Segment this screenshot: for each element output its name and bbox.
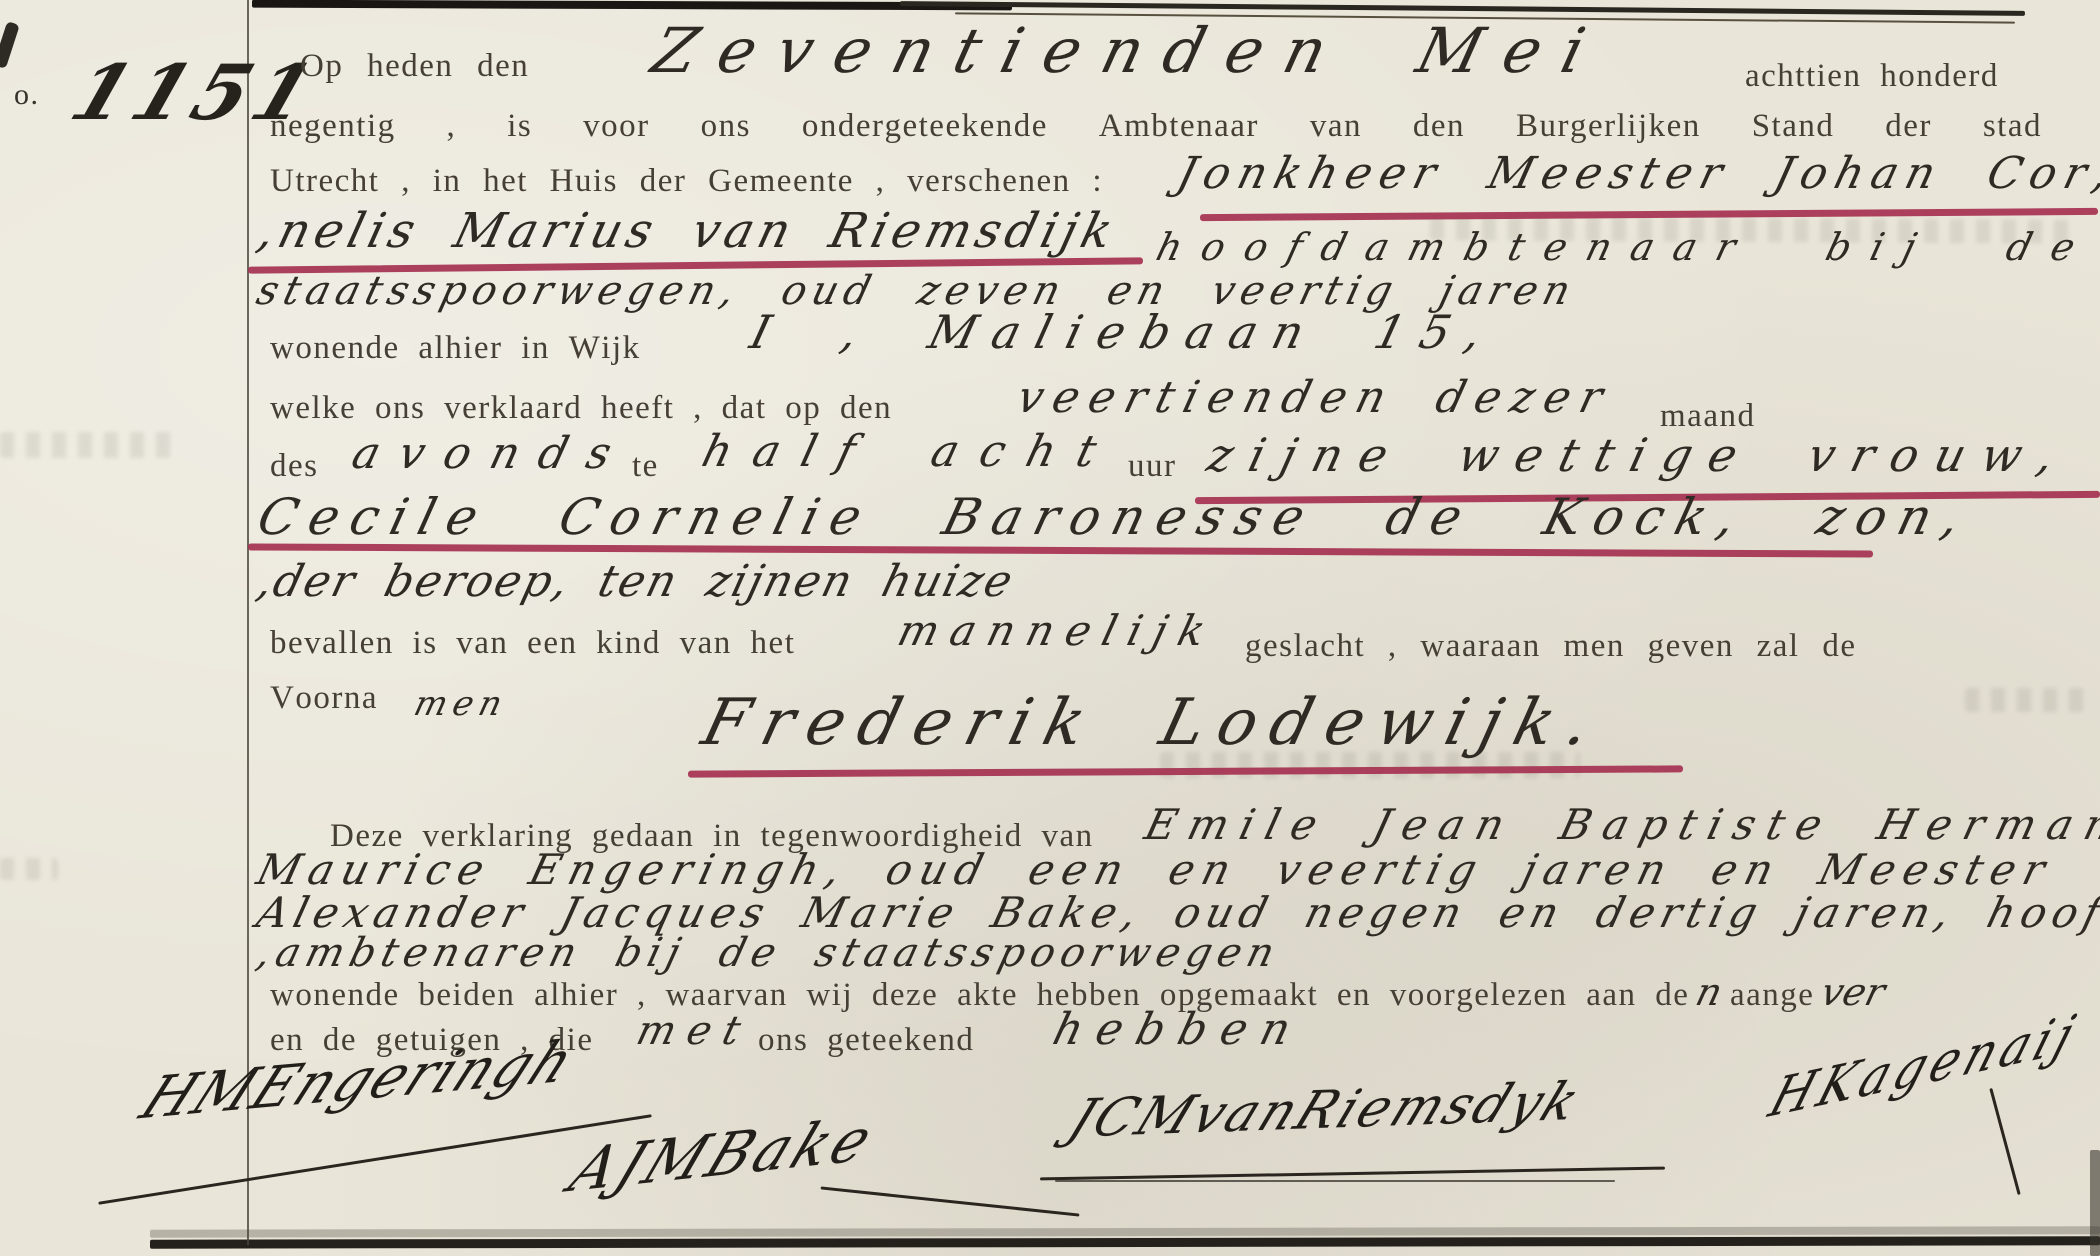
signature-declarant-van-riemsdijk: JCMvanRiemsdyk: [1060, 1071, 1591, 1150]
top-border-thick: [252, 0, 1012, 10]
printed-achttien-honderd: achttien honderd: [1745, 58, 1999, 95]
signature-flourish-riemsdijk: [1040, 1167, 1665, 1181]
printed-geslacht: geslacht , waaraan men geven zal de: [1245, 628, 1857, 665]
handwritten-ver-fill: ver: [1817, 970, 1890, 1014]
signature-flourish-registrar: [1989, 1088, 2020, 1195]
handwritten-birth-day: veertienden dezer: [1012, 372, 1618, 423]
handwritten-child-name: Frederik Lodewijk.: [695, 686, 1611, 760]
handwritten-n-fill: n: [1692, 970, 1727, 1014]
printed-wonende-wijk: wonende alhier in Wijk: [270, 330, 641, 367]
printed-uur: uur: [1128, 448, 1177, 485]
handwritten-mother-occupation: ,der beroep, ten zijnen huize: [252, 556, 1019, 607]
right-edge-shadow: [2090, 1150, 2100, 1256]
printed-des: des: [270, 448, 319, 485]
bleed-through-mark: [0, 858, 58, 880]
handwritten-witness1-name-part2: Maurice Engeringh, oud een en veertig ja…: [252, 845, 2058, 894]
handwritten-time: half acht: [697, 426, 1124, 477]
printed-te: te: [632, 448, 659, 485]
printed-closing-a: wonende beiden alhier , waarvan wij deze…: [270, 977, 1689, 1014]
handwritten-declarant-occupation: hoofdambtenaar bij de: [1152, 225, 2100, 269]
signature-registrar: HKagenaij: [1762, 1002, 2087, 1130]
printed-utrecht-line: Utrecht , in het Huis der Gemeente , ver…: [270, 163, 1103, 200]
printed-bevallen: bevallen is van een kind van het: [270, 625, 795, 662]
signature-flourish-bake: [821, 1186, 1080, 1216]
handwritten-hebben: hebben: [1048, 1004, 1310, 1055]
printed-op-heden-den: Op heden den: [300, 48, 529, 85]
handwritten-declarant-name-part1: Jonkheer Meester Johan Cor,: [1172, 148, 2100, 199]
printed-verklaard-line: welke ons verklaard heeft , dat op den: [270, 390, 892, 427]
printed-voorna: Voorna: [270, 680, 378, 717]
handwritten-met: met: [632, 1008, 757, 1054]
handwritten-avonds: avonds: [347, 428, 636, 479]
signature-flourish-riemsdijk-2: [1055, 1180, 1615, 1182]
printed-officiant-line: negentig , is voor ons ondergeteekende A…: [270, 108, 2042, 145]
handwritten-wettige-vrouw: zijne wettige vrouw,: [1202, 428, 2077, 482]
left-edge-mark: [0, 21, 20, 69]
handwritten-address: I , Maliebaan 15,: [745, 305, 1503, 359]
printed-ons-geteekend: ons geteekend: [758, 1022, 974, 1059]
bleed-through-mark: [0, 432, 175, 458]
printed-aange: aange: [1730, 977, 1814, 1014]
handwritten-witness1-name-part1: Emile Jean Baptiste Herman: [1140, 800, 2100, 849]
handwritten-men-suffix: men: [410, 684, 512, 724]
bottom-border: [150, 1236, 2100, 1248]
handwritten-mother-name: Cecile Cornelie Baronesse de Kock, zon,: [252, 488, 1978, 546]
act-number-prefix: o.: [14, 78, 40, 112]
handwritten-declarant-name-part2: ,nelis Marius van Riemsdijk: [252, 203, 1123, 259]
handwritten-gender: mannelijk: [893, 606, 1222, 655]
birth-certificate-sheet: o. 1151 Op heden den Zeventienden Mei ac…: [0, 0, 2100, 1256]
handwritten-date: Zeventienden Mei: [645, 14, 1614, 87]
bleed-through-mark: [1965, 688, 2095, 712]
